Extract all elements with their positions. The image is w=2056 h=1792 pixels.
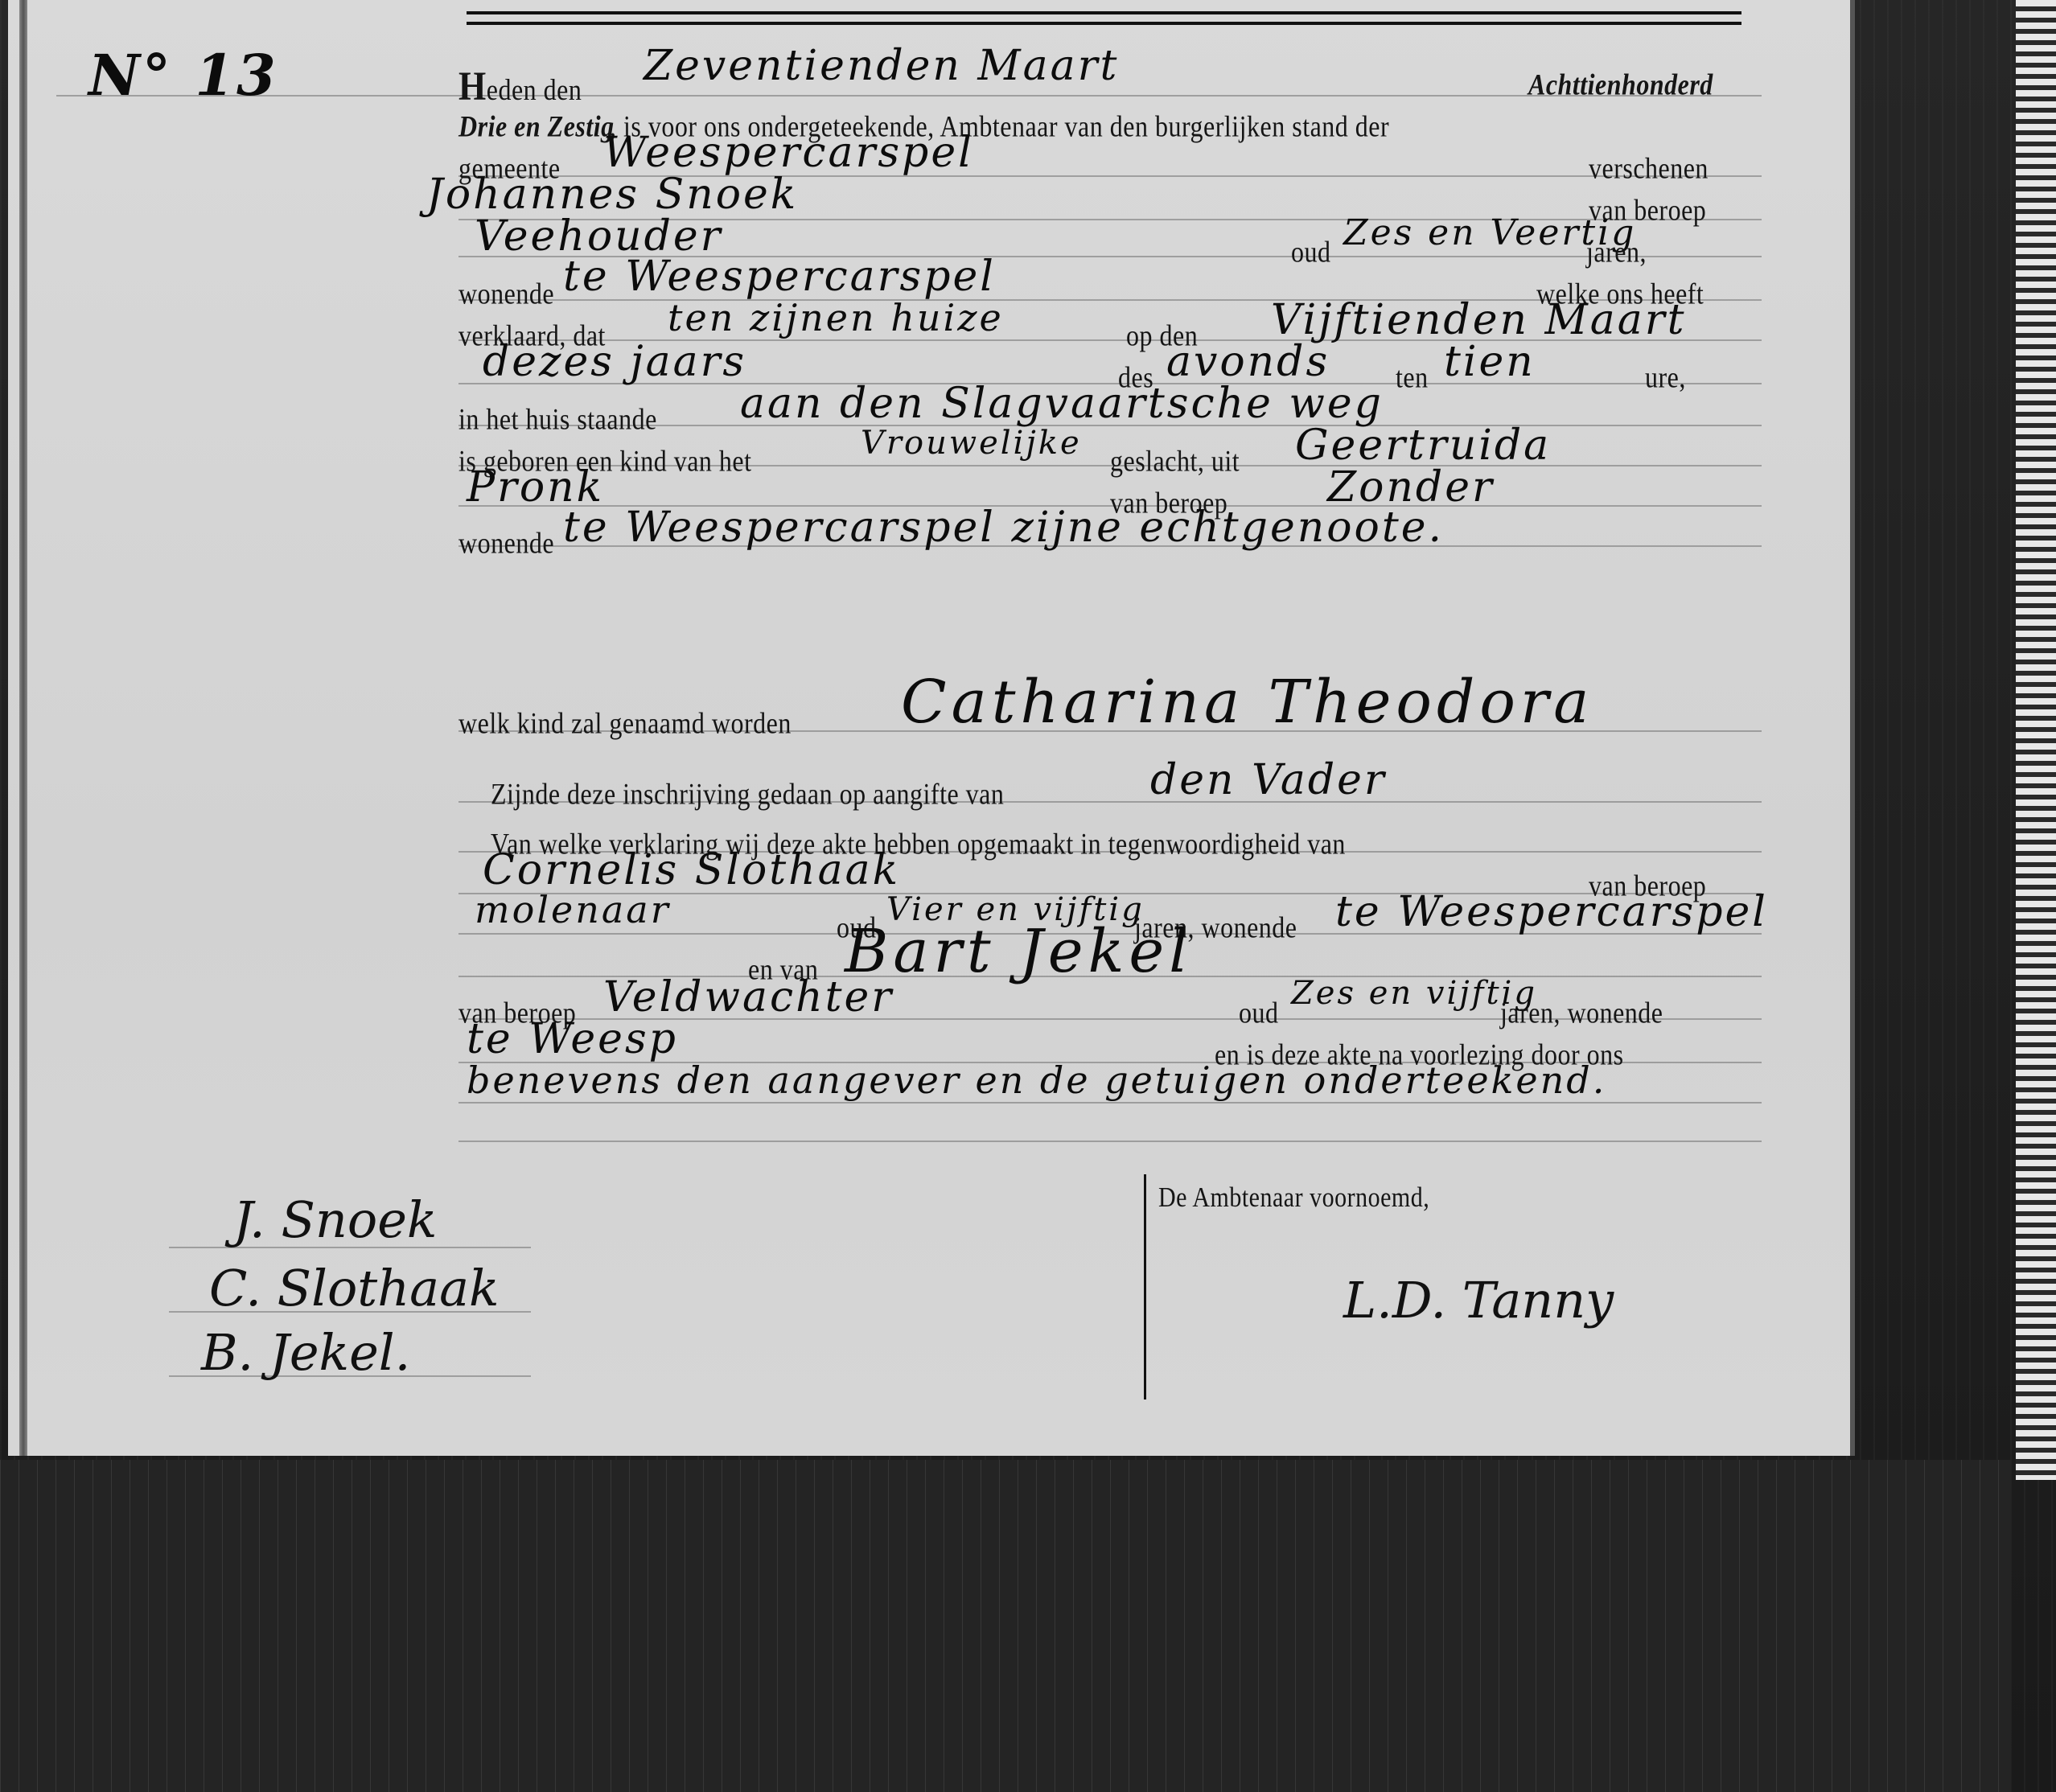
scanner-bed-area xyxy=(0,1460,2011,1792)
printed-drie-en-zestig: Drie en Zestig xyxy=(458,109,615,144)
printed-achttienhonderd: Achttienhonderd xyxy=(1528,68,1713,102)
signature-witness1: C. Slothaak xyxy=(209,1259,500,1317)
signature-brace xyxy=(1144,1174,1149,1399)
hw-mother-first: Geertruida xyxy=(1295,421,1551,470)
hw-declarant-residence: te Weespercarspel xyxy=(563,253,996,301)
printed-jaren: jaren, xyxy=(1586,235,1647,269)
hw-witness1-residence: te Weespercarspel xyxy=(1335,888,1768,936)
printed-oud-3: oud xyxy=(1239,996,1279,1030)
signature-witness2: B. Jekel. xyxy=(201,1323,410,1382)
record-number: N° 13 xyxy=(88,42,278,109)
hw-sex: Vrouwelijke xyxy=(861,425,1082,462)
hw-witness1-occupation: molenaar xyxy=(475,888,671,931)
hw-gemeente: Weespercarspel xyxy=(603,129,974,177)
printed-in-het-huis: in het huis staande xyxy=(458,402,657,437)
hw-birth-year: dezes jaars xyxy=(483,338,746,386)
printed-heden-den: Heden den xyxy=(458,63,582,110)
printed-ten: ten xyxy=(1396,360,1429,395)
hw-mother-residence: te Weespercarspel zijne echtgenoote. xyxy=(563,503,1444,552)
printed-wonende: wonende xyxy=(458,277,554,311)
top-double-rule xyxy=(467,11,1741,25)
printed-jaren-wonende-3: jaren, wonende xyxy=(1500,996,1663,1030)
printed-zijnde: Zijnde deze inschrijving gedaan op aangi… xyxy=(491,777,1004,812)
hw-house-location: aan den Slagvaartsche weg xyxy=(740,380,1384,428)
printed-oud: oud xyxy=(1291,235,1331,269)
hw-witness1-name: Cornelis Slothaak xyxy=(483,846,900,894)
register-page: N° 13 Heden den Zeventienden Maart Achtt… xyxy=(8,0,1855,1456)
ruled-line xyxy=(56,95,1762,97)
printed-ambtenaar: De Ambtenaar voornoemd, xyxy=(1158,1182,1429,1214)
printed-wonende-2: wonende xyxy=(458,526,554,561)
signature-official: L.D. Tanny xyxy=(1343,1271,1614,1330)
ruled-line xyxy=(458,1141,1762,1142)
hw-date: Zeventienden Maart xyxy=(644,42,1119,90)
hw-birth-date: Vijftienden Maart xyxy=(1271,296,1687,344)
printed-ure: ure, xyxy=(1645,360,1686,395)
hw-birth-place-desc: ten zijnen huize xyxy=(668,296,1004,339)
hw-informant: den Vader xyxy=(1150,756,1387,804)
hw-witness2-name: Bart Jekel xyxy=(845,917,1193,986)
hw-closing: benevens den aangever en de getuigen ond… xyxy=(467,1058,1606,1102)
hw-time-of-day: avonds xyxy=(1166,338,1330,386)
hw-child-name: Catharina Theodora xyxy=(901,668,1593,737)
signature-declarant: J. Snoek xyxy=(233,1190,437,1249)
hw-declarant-name: Johannes Snoek xyxy=(426,171,798,219)
hw-hour: tien xyxy=(1444,338,1536,386)
printed-welk-kind: welk kind zal genaamd worden xyxy=(458,706,792,741)
printed-geslacht-uit: geslacht, uit xyxy=(1110,444,1240,479)
printed-verschenen: verschenen xyxy=(1589,151,1709,186)
hw-witness2-occupation: Veldwachter xyxy=(603,973,894,1021)
page-binding-edge xyxy=(19,0,27,1456)
scan-edge-strip xyxy=(2016,0,2056,1480)
ruled-line xyxy=(458,1102,1762,1104)
hw-witness2-residence: te Weesp xyxy=(467,1015,678,1063)
